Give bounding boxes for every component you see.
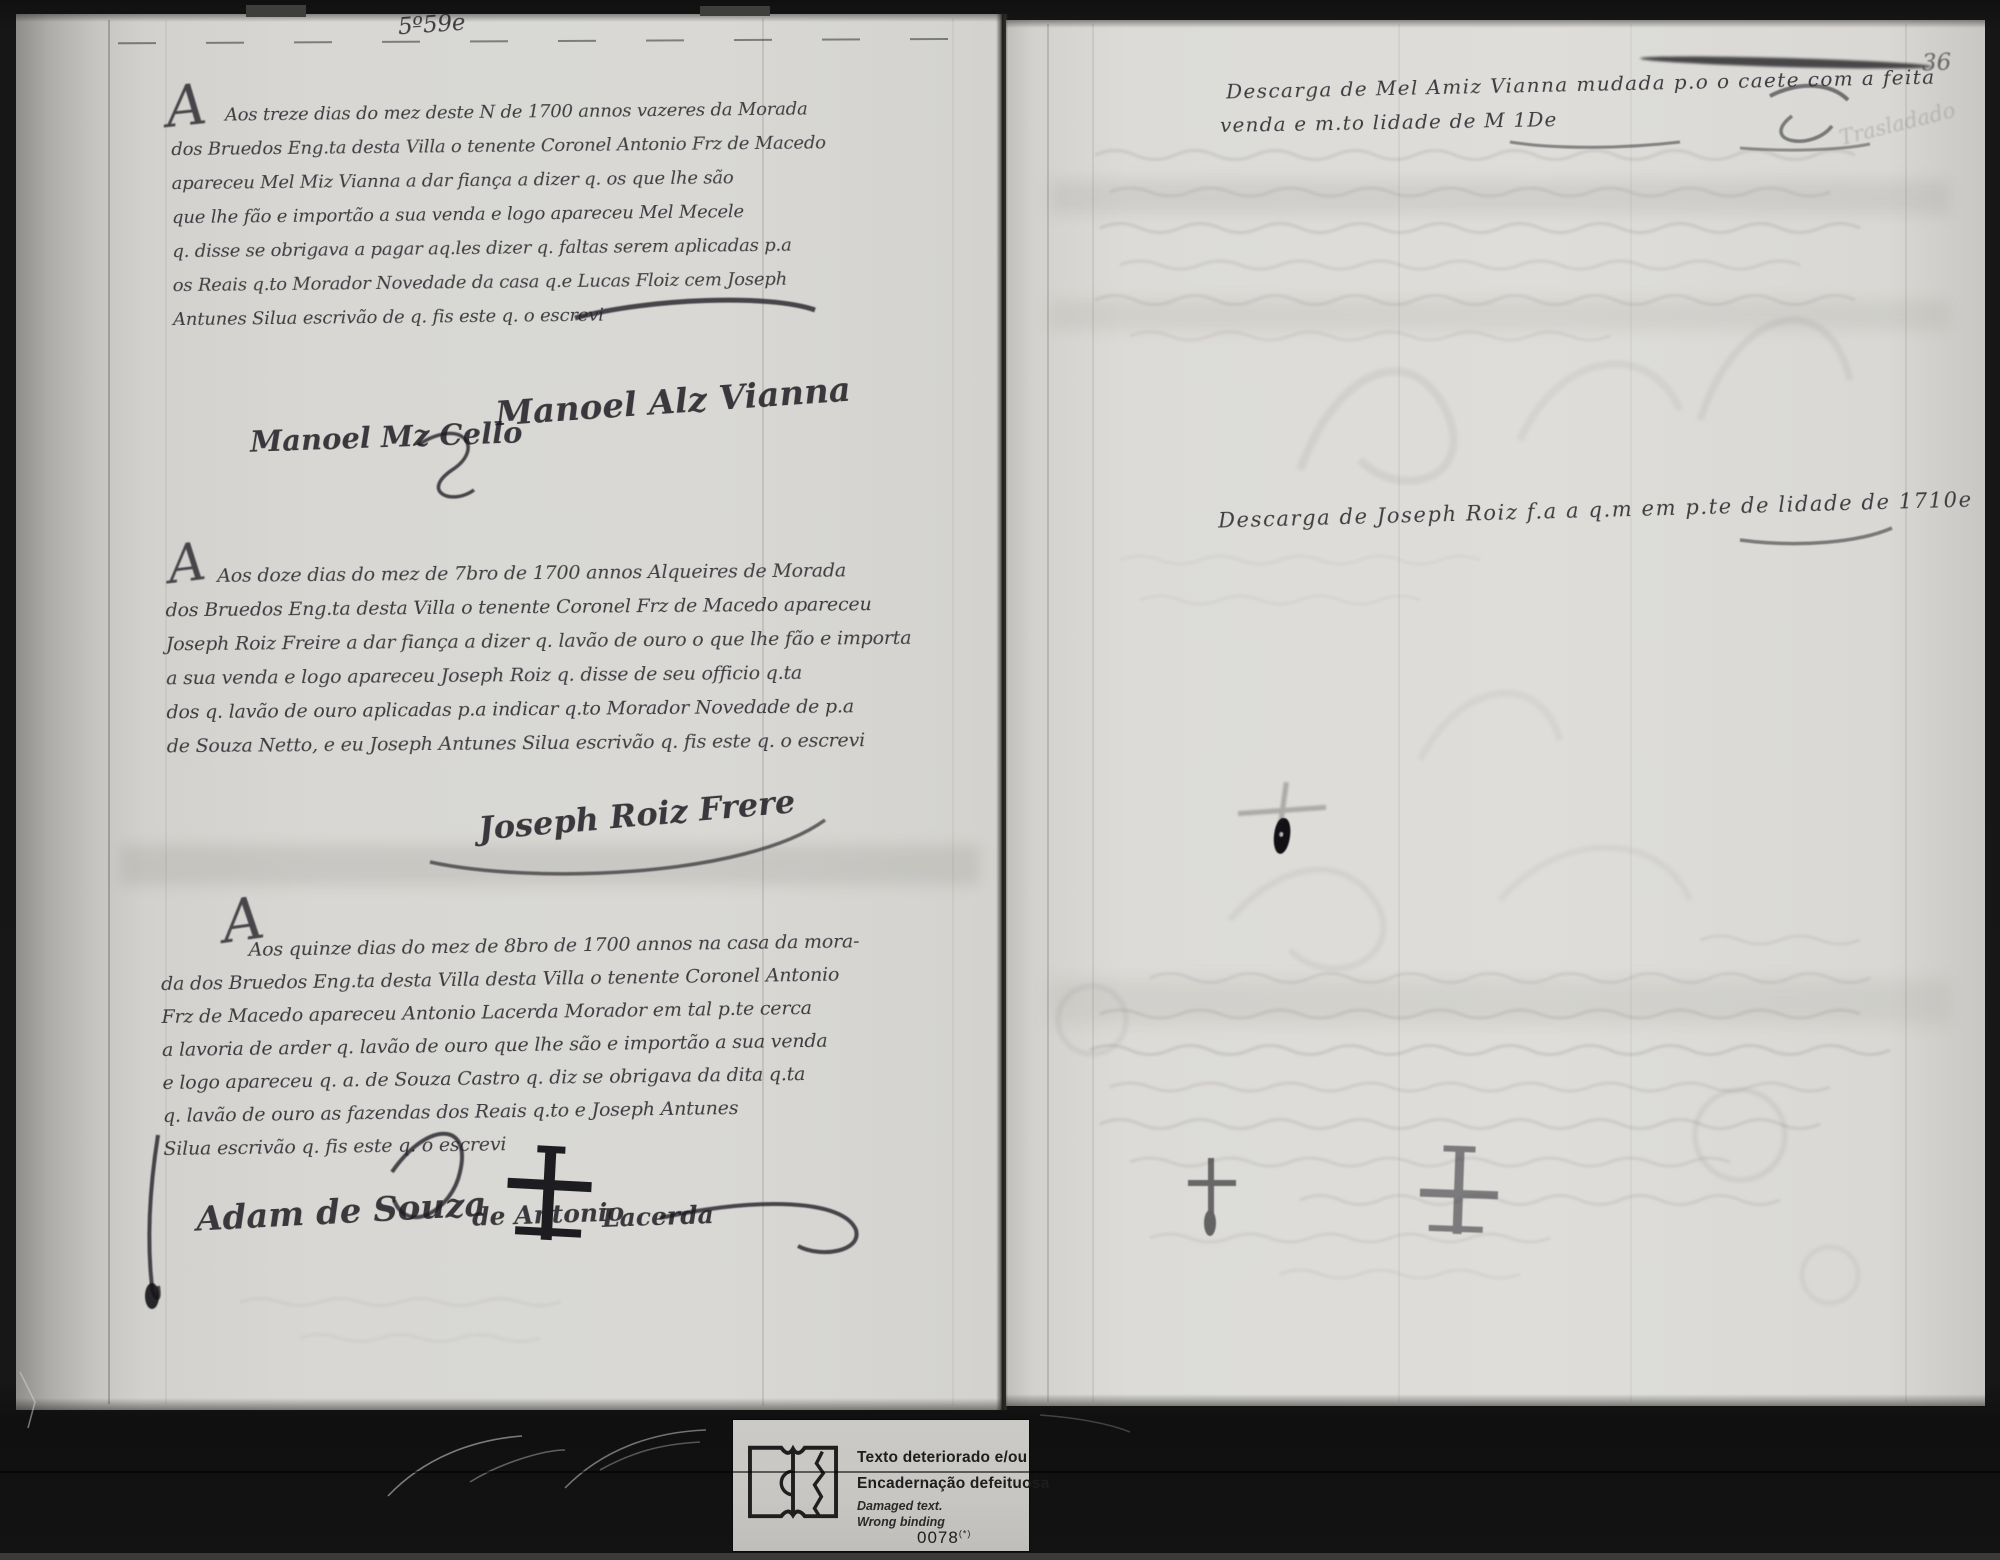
bottom-scan-strip — [0, 1553, 2000, 1560]
horizontal-scanline — [0, 1471, 2000, 1473]
label-number-note: (*) — [959, 1528, 972, 1538]
manuscript-scan: 5º59e — [0, 0, 2000, 1560]
archive-condition-label: Texto deteriorado e/ou Encadernação defe… — [733, 1420, 1029, 1551]
label-text-pt-2: Encadernação defeituosa — [857, 1472, 1049, 1496]
damaged-book-icon — [743, 1436, 843, 1524]
label-text-en-1: Damaged text. — [857, 1498, 942, 1514]
scratch-artwork — [0, 0, 2000, 1560]
label-text-pt-1: Texto deteriorado e/ou — [857, 1446, 1027, 1470]
label-number: 0078(*) — [917, 1528, 971, 1548]
